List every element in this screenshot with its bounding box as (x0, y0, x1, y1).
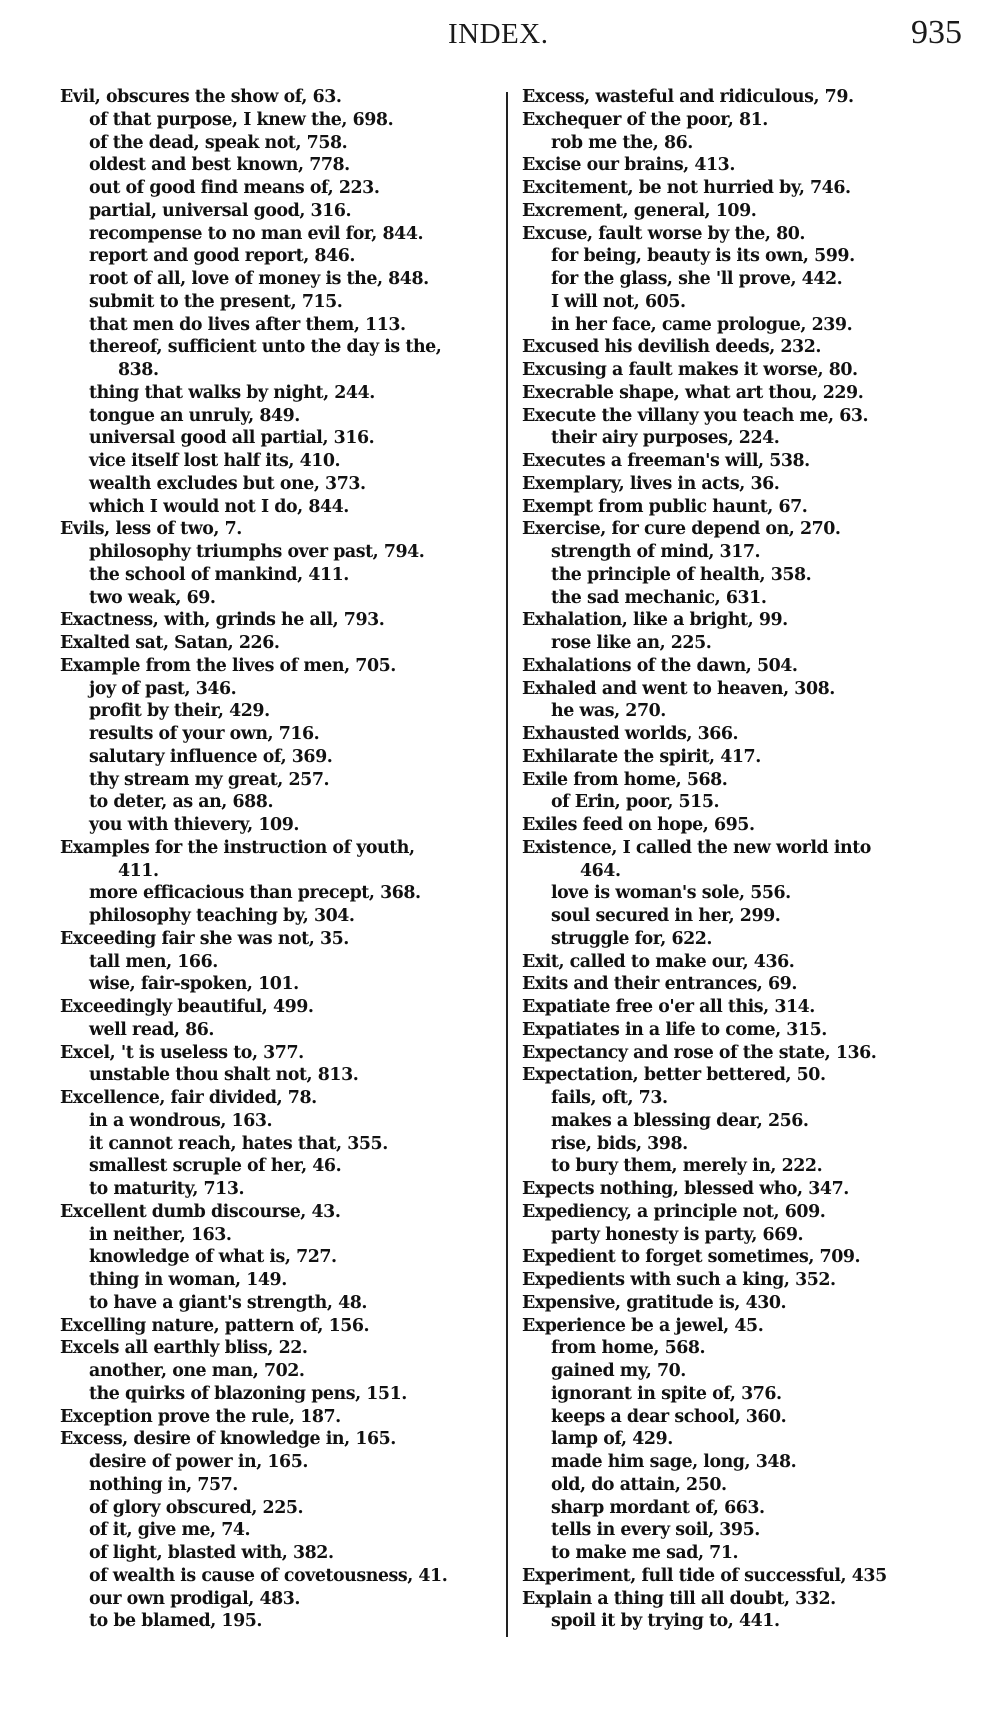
index-subentry: joy of past, 346. (60, 678, 500, 701)
index-subentry: thing that walks by night, 244. (60, 382, 500, 405)
index-entry: Exits and their entrances, 69. (522, 973, 992, 996)
index-entry: Exercise, for cure depend on, 270. (522, 518, 992, 541)
index-continuation: 464. (522, 860, 992, 883)
index-entry: Excrement, general, 109. (522, 200, 992, 223)
index-subentry: results of your own, 716. (60, 723, 500, 746)
index-subentry: to be blamed, 195. (60, 1610, 500, 1633)
index-entry: Expatiates in a life to come, 315. (522, 1019, 992, 1042)
index-entry: Expediency, a principle not, 609. (522, 1201, 992, 1224)
index-entry: Excess, desire of knowledge in, 165. (60, 1428, 500, 1451)
index-subentry: to deter, as an, 688. (60, 791, 500, 814)
index-entry: Evils, less of two, 7. (60, 518, 500, 541)
index-entry: Exit, called to make our, 436. (522, 951, 992, 974)
index-subentry: it cannot reach, hates that, 355. (60, 1133, 500, 1156)
index-subentry: made him sage, long, 348. (522, 1451, 992, 1474)
index-continuation: 411. (60, 860, 500, 883)
index-entry: Explain a thing till all doubt, 332. (522, 1588, 992, 1611)
index-entry: Excelling nature, pattern of, 156. (60, 1315, 500, 1338)
index-entry: Exile from home, 568. (522, 769, 992, 792)
index-subentry: fails, oft, 73. (522, 1087, 992, 1110)
index-entry: Exalted sat, Satan, 226. (60, 632, 500, 655)
index-entry: Excels all earthly bliss, 22. (60, 1337, 500, 1360)
index-subentry: profit by their, 429. (60, 700, 500, 723)
index-entry: Execrable shape, what art thou, 229. (522, 382, 992, 405)
index-subentry: of light, blasted with, 382. (60, 1542, 500, 1565)
index-subentry: of glory obscured, 225. (60, 1497, 500, 1520)
index-subentry: you with thievery, 109. (60, 814, 500, 837)
index-subentry: that men do lives after them, 113. (60, 314, 500, 337)
index-entry: Experience be a jewel, 45. (522, 1315, 992, 1338)
index-subentry: he was, 270. (522, 700, 992, 723)
index-entry: Expedients with such a king, 352. (522, 1269, 992, 1292)
index-entry: Excused his devilish deeds, 232. (522, 336, 992, 359)
index-entry: Expensive, gratitude is, 430. (522, 1292, 992, 1315)
index-subentry: in a wondrous, 163. (60, 1110, 500, 1133)
index-subentry: the principle of health, 358. (522, 564, 992, 587)
index-entry: Excellent dumb discourse, 43. (60, 1201, 500, 1224)
page-number: 935 (911, 14, 962, 52)
index-subentry: of it, give me, 74. (60, 1519, 500, 1542)
index-entry: Exhaled and went to heaven, 308. (522, 678, 992, 701)
index-entry: Exceedingly beautiful, 499. (60, 996, 500, 1019)
index-subentry: rise, bids, 398. (522, 1133, 992, 1156)
index-subentry: of that purpose, I knew the, 698. (60, 109, 500, 132)
index-entry: Excusing a fault makes it worse, 80. (522, 359, 992, 382)
index-subentry: strength of mind, 317. (522, 541, 992, 564)
index-subentry: of the dead, speak not, 758. (60, 132, 500, 155)
index-entry: Exempt from public haunt, 67. (522, 496, 992, 519)
index-subentry: the sad mechanic, 631. (522, 587, 992, 610)
index-entry: Expects nothing, blessed who, 347. (522, 1178, 992, 1201)
index-entry: Example from the lives of men, 705. (60, 655, 500, 678)
index-subentry: tongue an unruly, 849. (60, 405, 500, 428)
index-entry: Expectancy and rose of the state, 136. (522, 1042, 992, 1065)
index-subentry: soul secured in her, 299. (522, 905, 992, 928)
index-subentry: report and good report, 846. (60, 245, 500, 268)
index-subentry: from home, 568. (522, 1337, 992, 1360)
index-subentry: sharp mordant of, 663. (522, 1497, 992, 1520)
running-head: INDEX. 935 (0, 12, 1000, 52)
index-entry: Execute the villany you teach me, 63. (522, 405, 992, 428)
index-continuation: 838. (60, 359, 500, 382)
index-subentry: nothing in, 757. (60, 1474, 500, 1497)
index-entry: Excess, wasteful and ridiculous, 79. (522, 86, 992, 109)
index-subentry: for being, beauty is its own, 599. (522, 245, 992, 268)
index-subentry: rob me the, 86. (522, 132, 992, 155)
index-subentry: universal good all partial, 316. (60, 427, 500, 450)
index-entry: Evil, obscures the show of, 63. (60, 86, 500, 109)
page-title: INDEX. (448, 18, 548, 51)
index-subentry: spoil it by trying to, 441. (522, 1610, 992, 1633)
index-subentry: philosophy triumphs over past, 794. (60, 541, 500, 564)
index-entry: Excitement, be not hurried by, 746. (522, 177, 992, 200)
index-subentry: thing in woman, 149. (60, 1269, 500, 1292)
index-subentry: of wealth is cause of covetousness, 41. (60, 1565, 500, 1588)
index-entry: Exhalations of the dawn, 504. (522, 655, 992, 678)
index-subentry: keeps a dear school, 360. (522, 1406, 992, 1429)
index-entry: Exhalation, like a bright, 99. (522, 609, 992, 632)
column-divider (506, 92, 508, 1637)
index-subentry: love is woman's sole, 556. (522, 882, 992, 905)
index-subentry: struggle for, 622. (522, 928, 992, 951)
index-entry: Expedient to forget sometimes, 709. (522, 1246, 992, 1269)
index-subentry: desire of power in, 165. (60, 1451, 500, 1474)
index-subentry: of Erin, poor, 515. (522, 791, 992, 814)
index-subentry: two weak, 69. (60, 587, 500, 610)
index-column-right: Excess, wasteful and ridiculous, 79.Exch… (522, 86, 992, 1633)
index-subentry: another, one man, 702. (60, 1360, 500, 1383)
index-subentry: submit to the present, 715. (60, 291, 500, 314)
index-subentry: tall men, 166. (60, 951, 500, 974)
index-entry: Exiles feed on hope, 695. (522, 814, 992, 837)
index-entry: Excuse, fault worse by the, 80. (522, 223, 992, 246)
index-subentry: rose like an, 225. (522, 632, 992, 655)
index-subentry: thereof, sufficient unto the day is the, (60, 336, 500, 359)
index-subentry: philosophy teaching by, 304. (60, 905, 500, 928)
index-entry: Expatiate free o'er all this, 314. (522, 996, 992, 1019)
index-column-left: Evil, obscures the show of, 63.of that p… (60, 86, 500, 1633)
index-subentry: party honesty is party, 669. (522, 1224, 992, 1247)
index-entry: Excel, 't is useless to, 377. (60, 1042, 500, 1065)
index-entry: Exchequer of the poor, 81. (522, 109, 992, 132)
index-subentry: wise, fair-spoken, 101. (60, 973, 500, 996)
index-subentry: which I would not I do, 844. (60, 496, 500, 519)
index-subentry: lamp of, 429. (522, 1428, 992, 1451)
index-entry: Expectation, better bettered, 50. (522, 1064, 992, 1087)
index-subentry: thy stream my great, 257. (60, 769, 500, 792)
index-entry: Excellence, fair divided, 78. (60, 1087, 500, 1110)
index-subentry: unstable thou shalt not, 813. (60, 1064, 500, 1087)
index-subentry: to bury them, merely in, 222. (522, 1155, 992, 1178)
index-subentry: partial, universal good, 316. (60, 200, 500, 223)
index-entry: Exactness, with, grinds he all, 793. (60, 609, 500, 632)
index-subentry: old, do attain, 250. (522, 1474, 992, 1497)
index-subentry: in her face, came prologue, 239. (522, 314, 992, 337)
index-subentry: their airy purposes, 224. (522, 427, 992, 450)
index-entry: Exemplary, lives in acts, 36. (522, 473, 992, 496)
index-subentry: well read, 86. (60, 1019, 500, 1042)
index-subentry: knowledge of what is, 727. (60, 1246, 500, 1269)
index-subentry: recompense to no man evil for, 844. (60, 223, 500, 246)
index-subentry: tells in every soil, 395. (522, 1519, 992, 1542)
index-entry: Existence, I called the new world into (522, 837, 992, 860)
index-subentry: ignorant in spite of, 376. (522, 1383, 992, 1406)
index-entry: Exceeding fair she was not, 35. (60, 928, 500, 951)
index-entry: Exhausted worlds, 366. (522, 723, 992, 746)
index-subentry: I will not, 605. (522, 291, 992, 314)
index-subentry: gained my, 70. (522, 1360, 992, 1383)
index-subentry: the school of mankind, 411. (60, 564, 500, 587)
index-subentry: to have a giant's strength, 48. (60, 1292, 500, 1315)
index-subentry: in neither, 163. (60, 1224, 500, 1247)
index-subentry: wealth excludes but one, 373. (60, 473, 500, 496)
index-subentry: to maturity, 713. (60, 1178, 500, 1201)
index-entry: Experiment, full tide of successful, 435 (522, 1565, 992, 1588)
index-entry: Examples for the instruction of youth, (60, 837, 500, 860)
index-entry: Exception prove the rule, 187. (60, 1406, 500, 1429)
index-subentry: root of all, love of money is the, 848. (60, 268, 500, 291)
index-subentry: our own prodigal, 483. (60, 1588, 500, 1611)
index-subentry: smallest scruple of her, 46. (60, 1155, 500, 1178)
index-entry: Exhilarate the spirit, 417. (522, 746, 992, 769)
index-subentry: vice itself lost half its, 410. (60, 450, 500, 473)
index-subentry: more efficacious than precept, 368. (60, 882, 500, 905)
index-subentry: makes a blessing dear, 256. (522, 1110, 992, 1133)
index-entry: Executes a freeman's will, 538. (522, 450, 992, 473)
index-subentry: for the glass, she 'll prove, 442. (522, 268, 992, 291)
index-subentry: salutary influence of, 369. (60, 746, 500, 769)
index-subentry: to make me sad, 71. (522, 1542, 992, 1565)
index-subentry: out of good find means of, 223. (60, 177, 500, 200)
index-entry: Excise our brains, 413. (522, 154, 992, 177)
index-subentry: the quirks of blazoning pens, 151. (60, 1383, 500, 1406)
index-subentry: oldest and best known, 778. (60, 154, 500, 177)
